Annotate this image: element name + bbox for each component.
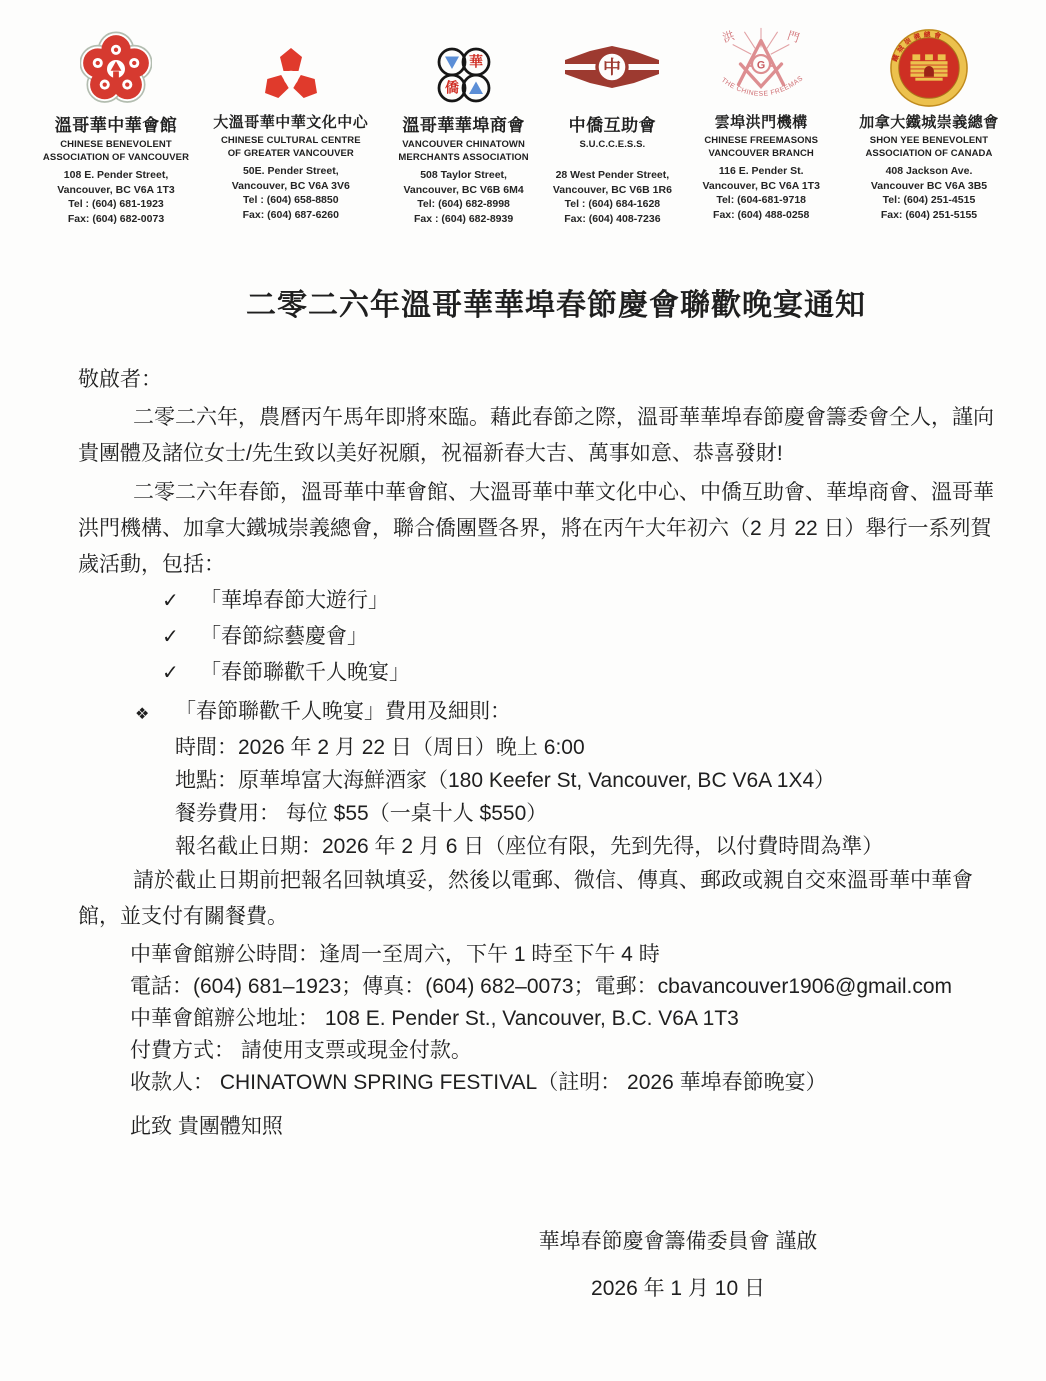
plum-blossom-logo <box>40 26 192 108</box>
org-column-freemasons: 洪 門 G THE CHINESE FREEMASONS 雲埠洪門機構 CHIN… <box>687 26 835 226</box>
org-name-zh: 雲埠洪門機構 <box>687 111 835 132</box>
org-column-cultural-centre: 大溫哥華中華文化中心 CHINESE CULTURAL CENTRE OF GR… <box>205 26 377 226</box>
scanned-notice-page: 溫哥華中華會館 CHINESE BENEVOLENT ASSOCIATION O… <box>0 0 1046 1381</box>
merchants-rings-logo: 華 僑 <box>390 26 538 108</box>
details-heading: 「春節聯歡千人晚宴」費用及細則： <box>175 695 511 731</box>
org-en-line: CHINESE BENEVOLENT <box>40 139 192 152</box>
checklist-item: ✓ 「華埠春節大遊行」 <box>78 583 1006 619</box>
org-en-line: CHINESE CULTURAL CENTRE <box>205 135 377 148</box>
detail-price: 餐券費用： 每位 $55（一桌十人 $550） <box>78 797 1006 830</box>
paragraph-greeting: 二零二六年，農曆丙午馬年即將來臨。藉此春節之際，溫哥華華埠春節慶會籌委會仝人，謹… <box>78 400 1006 472</box>
paragraph-line: 二零二六年春節，溫哥華中華會館、大溫哥華中華文化中心、中僑互助會、華埠商會、溫哥… <box>78 475 1006 511</box>
details-heading-row: ❖ 「春節聯歡千人晚宴」費用及細則： <box>78 695 1006 731</box>
date: 2026 年 1 月 10 日 <box>350 1272 1006 1306</box>
org-addr-line: Fax: (604) 488-0258 <box>687 208 835 223</box>
org-address: 116 E. Pender St. Vancouver, BC V6A 1T3 … <box>687 164 835 222</box>
org-addr-line: Tel : (604) 681-1923 <box>40 197 192 212</box>
success-logo: 中 <box>550 26 674 108</box>
checklist-item-label: 「華埠春節大遊行」 <box>200 583 389 619</box>
detail-time: 時間：2026 年 2 月 22 日（周日）晚上 6:00 <box>78 731 1006 764</box>
org-addr-line: Tel : (604) 684-1628 <box>550 197 674 212</box>
checklist-item: ✓ 「春節聯歡千人晚宴」 <box>78 655 1006 691</box>
org-address: 50E. Pender Street, Vancouver, BC V6A 3V… <box>205 164 377 222</box>
org-addr-line: 50E. Pender Street, <box>205 164 377 179</box>
org-addr-line: 28 West Pender Street, <box>550 168 674 183</box>
org-addr-line: Vancouver, BC V6B 1R6 <box>550 183 674 198</box>
cultural-centre-logo <box>205 26 377 108</box>
org-name-en: SHON YEE BENEVOLENT ASSOCIATION OF CANAD… <box>848 135 1010 162</box>
svg-text:中: 中 <box>603 56 621 77</box>
org-addr-line: Tel : (604) 658-8850 <box>205 193 377 208</box>
org-addr-line: 408 Jackson Ave. <box>848 164 1010 179</box>
organizations-header: 溫哥華中華會館 CHINESE BENEVOLENT ASSOCIATION O… <box>0 0 1046 226</box>
org-addr-line: Vancouver, BC V6A 1T3 <box>687 179 835 194</box>
org-addr-line: Fax: (604) 251-5155 <box>848 208 1010 223</box>
svg-text:僑: 僑 <box>445 80 459 96</box>
org-name-zh: 溫哥華中華會館 <box>40 111 192 136</box>
paragraph-line: 洪門機構、加拿大鐵城崇義總會，聯合僑團暨各界，將在丙午大年初六（2 月 22 日… <box>78 511 1006 547</box>
paragraph-events-intro: 二零二六年春節，溫哥華中華會館、大溫哥華中華文化中心、中僑互助會、華埠商會、溫哥… <box>78 475 1006 583</box>
check-icon: ✓ <box>162 583 200 619</box>
paragraph-line: 館，並支付有關餐費。 <box>78 899 1006 935</box>
shon-yee-seal-logo: 鐵城崇義總會 <box>848 26 1010 108</box>
detail-venue: 地點：原華埠富大海鮮酒家（180 Keefer St, Vancouver, B… <box>78 764 1006 797</box>
paragraph-line: 貴團體及諸位女士/先生致以美好祝願，祝福新春大吉、萬事如意、恭喜發財! <box>78 436 1006 472</box>
office-hours: 中華會館辦公時間：逢周一至周六，下午 1 時至下午 4 時 <box>78 939 1006 971</box>
checklist-item-label: 「春節綜藝慶會」 <box>200 619 368 655</box>
org-en-line: VANCOUVER BRANCH <box>687 148 835 161</box>
org-address: 28 West Pender Street, Vancouver, BC V6B… <box>550 168 674 226</box>
org-en-line: SHON YEE BENEVOLENT <box>848 135 1010 148</box>
org-en-line: ASSOCIATION OF VANCOUVER <box>40 152 192 165</box>
svg-text:門: 門 <box>786 29 801 45</box>
svg-text:華: 華 <box>469 54 483 70</box>
org-name-zh: 中僑互助會 <box>550 111 674 136</box>
org-addr-line: Fax: (604) 687-6260 <box>205 208 377 223</box>
salutation: 敬啟者： <box>78 362 1006 398</box>
org-en-line: CHINESE FREEMASONS <box>687 135 835 148</box>
org-name-zh: 大溫哥華中華文化中心 <box>205 111 377 132</box>
org-addr-line: 508 Taylor Street, <box>390 168 538 183</box>
detail-deadline: 報名截止日期：2026 年 2 月 6 日（座位有限，先到先得，以付費時間為準） <box>78 830 1006 863</box>
org-addr-line: 108 E. Pender Street, <box>40 168 192 183</box>
org-addr-line: Tel: (604-681-9718 <box>687 193 835 208</box>
org-name-en: CHINESE FREEMASONS VANCOUVER BRANCH <box>687 135 835 162</box>
org-en-line: ASSOCIATION OF CANADA <box>848 148 1010 161</box>
org-addr-line: 116 E. Pender St. <box>687 164 835 179</box>
org-addr-line: Fax: (604) 682-0073 <box>40 212 192 227</box>
org-addr-line: Vancouver, BC V6A 3V6 <box>205 179 377 194</box>
org-en-line: S.U.C.C.E.S.S. <box>550 139 674 152</box>
org-column-cba: 溫哥華中華會館 CHINESE BENEVOLENT ASSOCIATION O… <box>40 26 192 226</box>
freemasons-logo: 洪 門 G THE CHINESE FREEMASONS <box>687 26 835 108</box>
org-column-success: 中 中僑互助會 S.U.C.C.E.S.S. 28 West Pender St… <box>550 26 674 226</box>
checklist-item-label: 「春節聯歡千人晚宴」 <box>200 655 410 691</box>
org-addr-line: Fax : (604) 682-8939 <box>390 212 538 227</box>
org-addr-line: Vancouver, BC V6A 1T3 <box>40 183 192 198</box>
paragraph-registration: 請於截止日期前把報名回執填妥，然後以電郵、微信、傳真、郵政或親自交來溫哥華中華會… <box>78 863 1006 935</box>
org-en-line: VANCOUVER CHINATOWN <box>390 139 538 152</box>
org-address: 108 E. Pender Street, Vancouver, BC V6A … <box>40 168 192 226</box>
payee: 收款人： CHINATOWN SPRING FESTIVAL（註明： 2026 … <box>78 1067 1006 1099</box>
org-en-line: OF GREATER VANCOUVER <box>205 148 377 161</box>
event-checklist: ✓ 「華埠春節大遊行」 ✓ 「春節綜藝慶會」 ✓ 「春節聯歡千人晚宴」 <box>78 583 1006 691</box>
org-column-merchants: 華 僑 溫哥華華埠商會 VANCOUVER CHINATOWN MERCHANT… <box>390 26 538 226</box>
checklist-item: ✓ 「春節綜藝慶會」 <box>78 619 1006 655</box>
svg-text:洪: 洪 <box>721 28 737 45</box>
diamond-bullet-icon: ❖ <box>135 695 175 731</box>
org-en-line: MERCHANTS ASSOCIATION <box>390 152 538 165</box>
phone-fax-email: 電話：(604) 681–1923；傳真：(604) 682–0073；電郵：c… <box>78 971 1006 1003</box>
org-addr-line: Tel: (604) 251-4515 <box>848 193 1010 208</box>
org-name-en: CHINESE CULTURAL CENTRE OF GREATER VANCO… <box>205 135 377 162</box>
org-addr-line: Vancouver BC V6A 3B5 <box>848 179 1010 194</box>
org-addr-line: Tel: (604) 682-8998 <box>390 197 538 212</box>
payment-method: 付費方式： 請使用支票或現金付款。 <box>78 1035 1006 1067</box>
closing-line: 此致 貴團體知照 <box>78 1108 1006 1145</box>
contact-info: 中華會館辦公時間：逢周一至周六，下午 1 時至下午 4 時 電話：(604) 6… <box>78 939 1006 1099</box>
org-address: 408 Jackson Ave. Vancouver BC V6A 3B5 Te… <box>848 164 1010 222</box>
org-address: 508 Taylor Street, Vancouver, BC V6B 6M4… <box>390 168 538 226</box>
check-icon: ✓ <box>162 655 200 691</box>
paragraph-line: 歲活動，包括： <box>78 547 1006 583</box>
org-addr-line: Fax: (604) 408-7236 <box>550 212 674 227</box>
org-name-zh: 溫哥華華埠商會 <box>390 111 538 136</box>
paragraph-line: 二零二六年，農曆丙午馬年即將來臨。藉此春節之際，溫哥華華埠春節慶會籌委會仝人，謹… <box>78 400 1006 436</box>
paragraph-line: 請於截止日期前把報名回執填妥，然後以電郵、微信、傳真、郵政或親自交來溫哥華中華會 <box>78 863 1006 899</box>
banquet-details: ❖ 「春節聯歡千人晚宴」費用及細則： 時間：2026 年 2 月 22 日（周日… <box>78 695 1006 863</box>
org-column-shon-yee: 鐵城崇義總會 加 <box>848 26 1010 226</box>
check-icon: ✓ <box>162 619 200 655</box>
svg-text:G: G <box>757 59 765 71</box>
signature-block: 華埠春節慶會籌備委員會 謹啟 2026 年 1 月 10 日 <box>78 1225 1006 1306</box>
notice-title: 二零二六年溫哥華華埠春節慶會聯歡晚宴通知 <box>0 280 1046 324</box>
notice-body: 敬啟者： 二零二六年，農曆丙午馬年即將來臨。藉此春節之際，溫哥華華埠春節慶會籌委… <box>0 362 1046 1306</box>
org-name-zh: 加拿大鐵城崇義總會 <box>848 111 1010 132</box>
org-name-en: CHINESE BENEVOLENT ASSOCIATION OF VANCOU… <box>40 139 192 166</box>
org-addr-line: Vancouver, BC V6B 6M4 <box>390 183 538 198</box>
signature: 華埠春節慶會籌備委員會 謹啟 <box>350 1225 1006 1259</box>
office-address: 中華會館辦公地址： 108 E. Pender St., Vancouver, … <box>78 1003 1006 1035</box>
org-name-en: VANCOUVER CHINATOWN MERCHANTS ASSOCIATIO… <box>390 139 538 166</box>
org-name-en: S.U.C.C.E.S.S. <box>550 139 674 166</box>
